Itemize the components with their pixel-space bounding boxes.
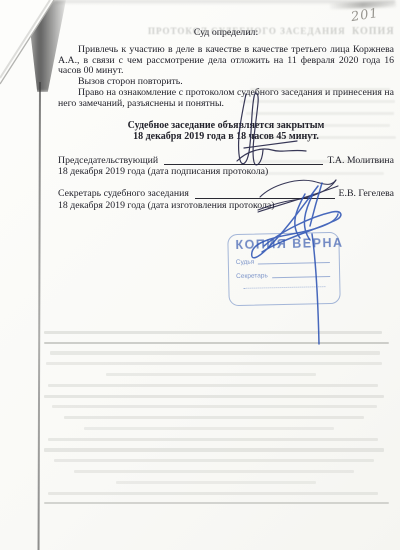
scanned-court-document-page: 201 ПРОТОКОЛ СУДЕБНОГО ЗАСЕДАНИЯ КОПИЯ С…: [0, 0, 400, 550]
secretary-signature-line: [195, 198, 335, 199]
bleedthrough-lines: [44, 331, 394, 512]
closing-heading: Судебное заседание объявляется закрытым …: [58, 120, 394, 143]
secretary-date-note: 18 декабря 2019 года (дата изготовления …: [58, 201, 394, 212]
closing-line-2: 18 декабря 2019 года в 18 часов 45 минут…: [58, 131, 394, 143]
presiding-name: Т.А. Молитвина: [327, 156, 394, 167]
stamp-title: КОПИЯ ВЕРНА: [235, 236, 331, 252]
stamp-judge-line: [258, 262, 330, 264]
presiding-signature-line: [164, 164, 323, 165]
ruling-paragraph-1: Привлечь к участию в деле в качестве в к…: [58, 45, 394, 77]
stamp-secretary-label: Секретарь: [236, 272, 268, 280]
secretary-label: Секретарь судебного заседания: [58, 189, 189, 200]
closing-line-1: Судебное заседание объявляется закрытым: [58, 120, 394, 132]
stamp-bottom-line: [243, 286, 326, 289]
presiding-date-note: 18 декабря 2019 года (дата подписания пр…: [58, 167, 394, 178]
stamp-judge-row: Судья: [236, 257, 332, 266]
ruling-paragraph-3: Право на ознакомление с протоколом судеб…: [58, 88, 394, 110]
stamp-secretary-row: Секретарь: [236, 271, 332, 280]
copy-verified-stamp: КОПИЯ ВЕРНА Судья Секретарь: [227, 232, 340, 306]
presiding-label: Председательствующий: [58, 156, 158, 167]
document-body: Суд определил: Привлечь к участию в деле…: [58, 28, 394, 212]
secretary-signature-row: Секретарь судебного заседания Е.В. Гегел…: [58, 189, 394, 200]
ruling-heading: Суд определил:: [58, 28, 394, 39]
secretary-name: Е.В. Гегелева: [339, 189, 394, 200]
stamp-secretary-line: [272, 276, 330, 278]
stamp-judge-label: Судья: [236, 259, 255, 266]
folded-corner: [0, 0, 62, 92]
presiding-signature-row: Председательствующий Т.А. Молитвина: [58, 156, 394, 167]
